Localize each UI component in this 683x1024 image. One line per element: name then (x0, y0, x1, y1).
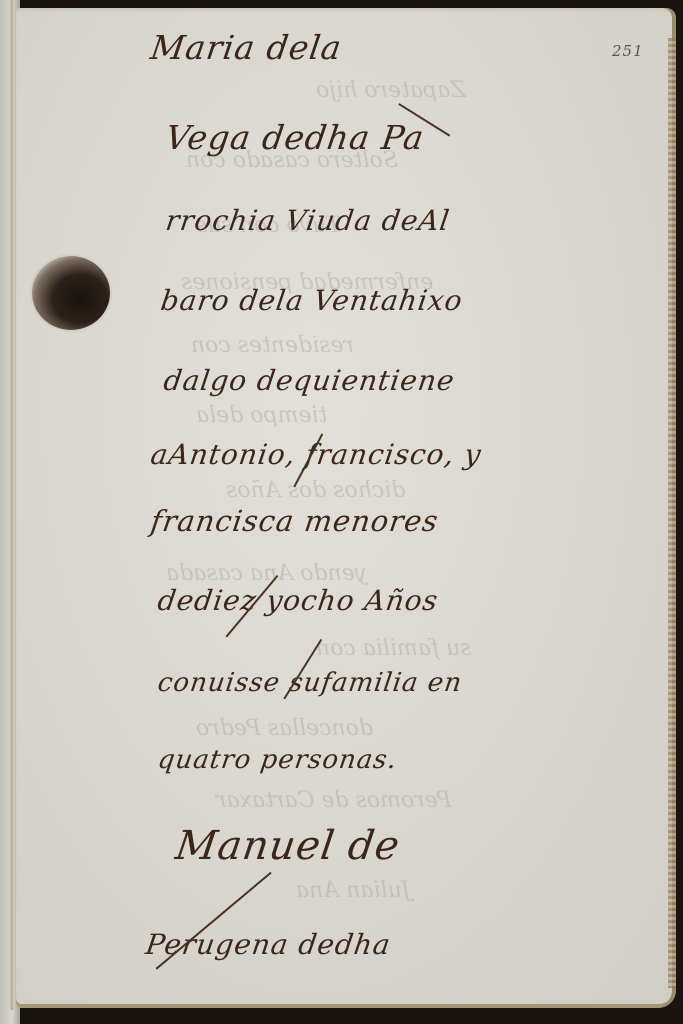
entry-1-line-5: dalgo dequientiene (162, 364, 457, 397)
page-edge-right (668, 38, 676, 988)
bleed-through-line: tiempo dela (196, 403, 327, 428)
entry-1-line-2: Vega dedha Pa (163, 118, 427, 157)
entry-2-line-1: Manuel de (173, 823, 403, 869)
bleed-through-line: Peromos de Cartaxar (216, 788, 452, 813)
entry-1-line-10: quatro personas. (156, 745, 399, 775)
entry-1-line-3: rrochia Viuda deAl (164, 204, 452, 237)
entry-1-line-4: baro dela Ventahixo (159, 284, 465, 317)
bleed-through-line: Zapatero hijo (316, 78, 466, 103)
binding-gutter (10, 0, 14, 1010)
entry-1-line-8: dediez yocho Años (156, 584, 441, 617)
entry-2-line-2: Perugena dedha (144, 928, 393, 961)
bleed-through-line: dichos dos Años (226, 478, 405, 503)
bleed-through-line: doncellas Pedro (196, 716, 373, 741)
bleed-through-line: Julian Ana (296, 878, 411, 903)
bleed-through-line: residentes con (191, 333, 354, 358)
entry-1-line-1: Maria dela (148, 28, 344, 67)
bleed-through-line: su familia con (316, 636, 472, 661)
entry-1-line-7: francisca menores (149, 504, 441, 538)
binding-hole (32, 256, 110, 330)
manuscript-page: Zapatero hijo Soltero casado con Tuvo co… (16, 8, 676, 1008)
bleed-through-line: yendo Ana casada (166, 561, 367, 586)
entry-1-line-9: conuisse sufamilia en (156, 668, 464, 698)
folio-number: 251 (612, 42, 644, 60)
